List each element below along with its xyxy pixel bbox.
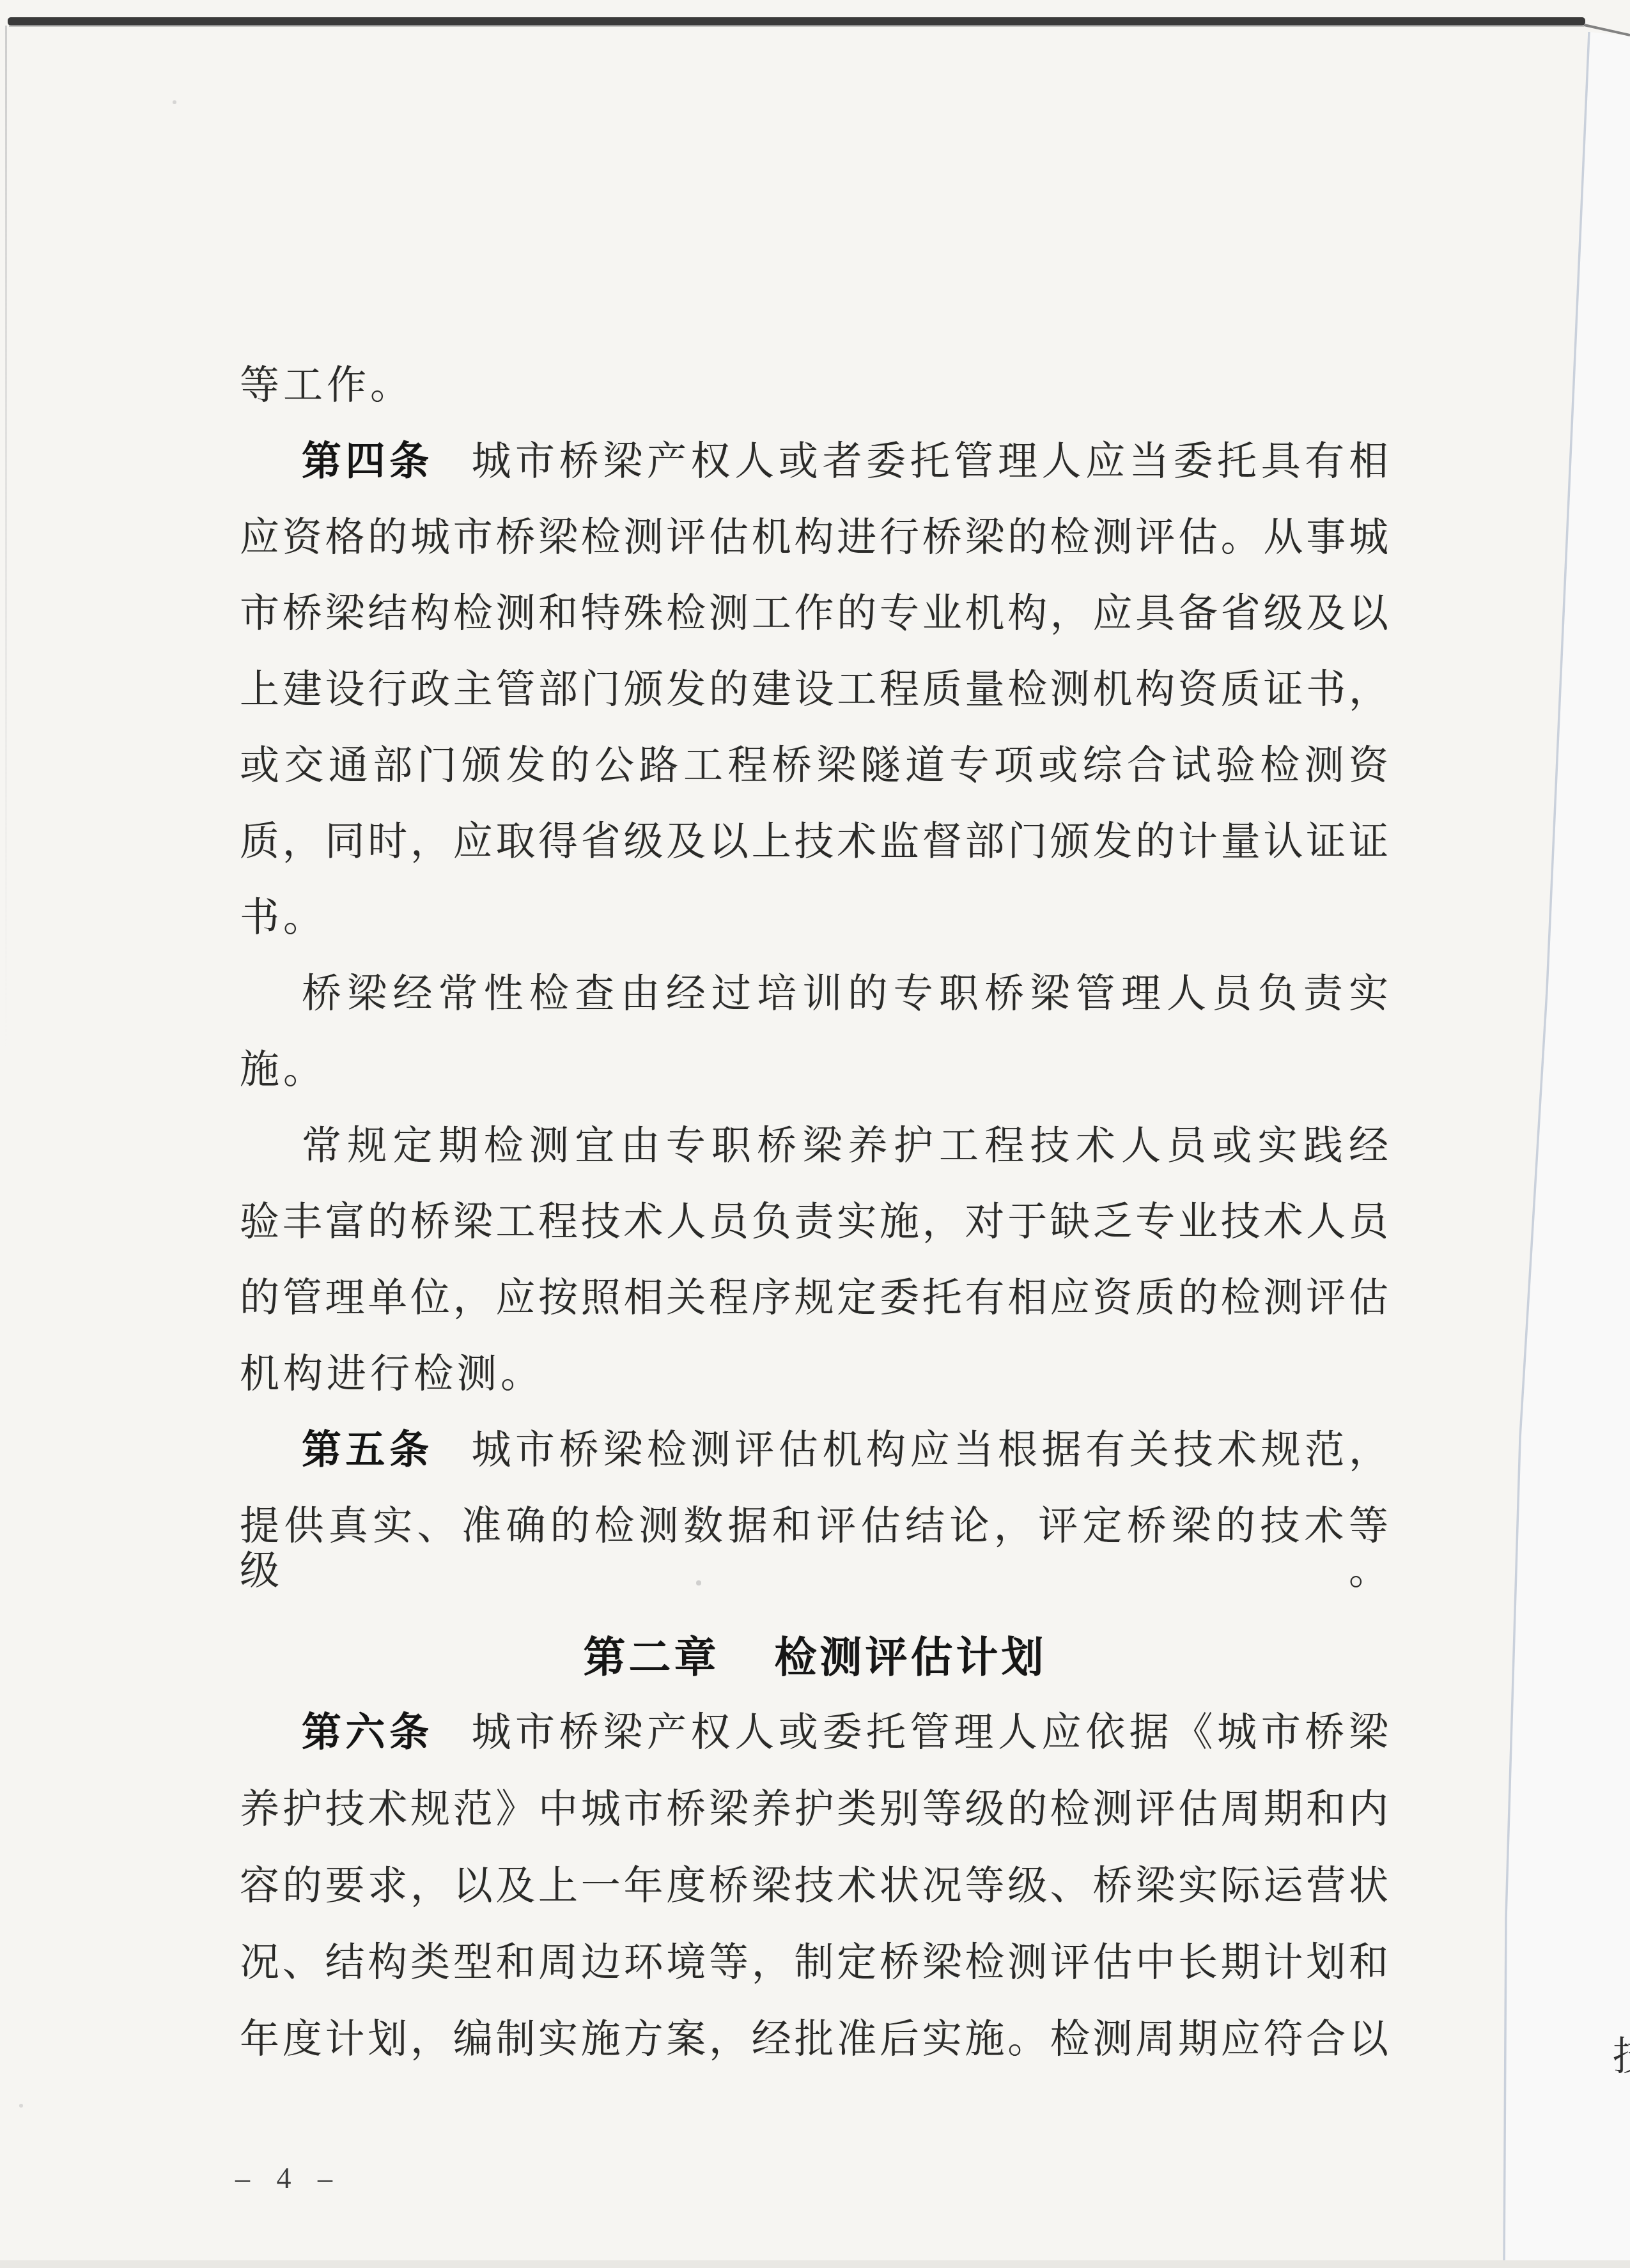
body-line: 施。 [240,1048,327,1093]
body-line: 常规定期检测宜由专职桥梁养护工程技术人员或实践经 [302,1124,1390,1169]
line-text: 或交通部门颁发的公路工程桥梁隧道专项或综合试验检测资 [240,744,1390,788]
body-line: 桥梁经常性检查由经过培训的专职桥梁管理人员负责实 [302,972,1390,1017]
body-line: 况、结构类型和周边环境等，制定桥梁检测评估中长期计划和 [240,1941,1390,1986]
article-label: 第五条 [302,1429,433,1472]
line-text: 容的要求，以及上一年度桥梁技术状况等级、桥梁实际运营状 [240,1865,1390,1908]
body-line: 容的要求，以及上一年度桥梁技术状况等级、桥梁实际运营状 [240,1864,1390,1909]
chapter-number: 第二章 [584,1635,720,1681]
scan-left-edge [5,26,7,1048]
body-line: 书。 [240,896,327,941]
article-label: 第四条 [302,440,433,484]
line-text: 上建设行政主管部门颁发的建设工程质量检测机构资质证书， [240,668,1390,712]
top-right-edge-line [1584,25,1630,35]
body-line-article-5: 第五条城市桥梁检测评估机构应当根据有关技术规范， [302,1428,1390,1473]
line-text: 书。 [240,897,327,940]
line-text: 市桥梁结构检测和特殊检测工作的专业机构，应具备省级及以 [240,592,1390,636]
body-line: 应资格的城市桥梁检测评估机构进行桥梁的检测评估。从事城 [240,516,1390,560]
body-line: 或交通部门颁发的公路工程桥梁隧道专项或综合试验检测资 [240,744,1390,789]
body-line: 年度计划，编制实施方案，经批准后实施。检测周期应符合以 [240,2017,1390,2062]
body-line: 质，同时，应取得省级及以上技术监督部门颁发的计量认证证 [240,820,1390,865]
paper-speck [173,100,176,104]
line-text: 城市桥梁检测评估机构应当根据有关技术规范， [469,1429,1390,1472]
body-line: 提供真实、准确的检测数据和评估结论，评定桥梁的技术等级。 [240,1504,1390,1594]
page-edge-shadow-line [1504,32,1589,2268]
adjacent-page-area [1504,32,1630,2268]
chapter-heading: 第二章检测评估计划 [584,1635,1047,1682]
page-number: – 4 – [235,2161,336,2196]
body-line: 的管理单位，应按照相关程序规定委托有相应资质的检测评估 [240,1276,1390,1321]
line-text: 桥梁经常性检查由经过培训的专职桥梁管理人员负责实 [302,973,1390,1016]
body-line: 上建设行政主管部门颁发的建设工程质量检测机构资质证书， [240,668,1390,713]
body-line: 等工作。 [240,364,414,408]
line-text: 施。 [240,1049,327,1092]
scan-top-edge-soft [9,25,1584,27]
line-text: 年度计划，编制实施方案，经批准后实施。检测周期应符合以 [240,2018,1390,2062]
scan-top-edge [8,17,1585,26]
chapter-title: 检测评估计划 [775,1635,1047,1681]
line-text: 机构进行检测。 [240,1353,544,1396]
next-page-partial-glyph: 技 [1613,2035,1630,2079]
line-text: 城市桥梁产权人或者委托管理人应当委托具有相 [469,440,1390,484]
scanned-document-page: 等工作。 第四条城市桥梁产权人或者委托管理人应当委托具有相 应资格的城市桥梁检测… [0,0,1630,2268]
body-line: 市桥梁结构检测和特殊检测工作的专业机构，应具备省级及以 [240,592,1390,636]
paper-speck [19,2104,23,2108]
line-text: 常规定期检测宜由专职桥梁养护工程技术人员或实践经 [302,1125,1390,1168]
line-text: 验丰富的桥梁工程技术人员负责实施，对于缺乏专业技术人员 [240,1201,1390,1244]
line-text: 城市桥梁产权人或委托管理人应依据《城市桥梁 [469,1711,1390,1755]
scan-bottom-edge [0,2260,1630,2268]
line-text: 况、结构类型和周边环境等，制定桥梁检测评估中长期计划和 [240,1941,1390,1985]
body-line: 养护技术规范》中城市桥梁养护类别等级的检测评估周期和内 [240,1787,1390,1832]
line-text: 提供真实、准确的检测数据和评估结论，评定桥梁的技术等级。 [240,1505,1390,1593]
body-line-article-4: 第四条城市桥梁产权人或者委托管理人应当委托具有相 [302,440,1390,484]
line-text: 的管理单位，应按照相关程序规定委托有相应资质的检测评估 [240,1277,1390,1320]
body-line: 验丰富的桥梁工程技术人员负责实施，对于缺乏专业技术人员 [240,1200,1390,1245]
article-label: 第六条 [302,1711,433,1755]
line-text: 养护技术规范》中城市桥梁养护类别等级的检测评估周期和内 [240,1788,1390,1832]
line-text: 质，同时，应取得省级及以上技术监督部门颁发的计量认证证 [240,821,1390,864]
body-line-article-6: 第六条城市桥梁产权人或委托管理人应依据《城市桥梁 [302,1711,1390,1755]
body-line: 机构进行检测。 [240,1352,544,1397]
line-text: 等工作。 [240,364,414,408]
line-text: 应资格的城市桥梁检测评估机构进行桥梁的检测评估。从事城 [240,516,1390,560]
